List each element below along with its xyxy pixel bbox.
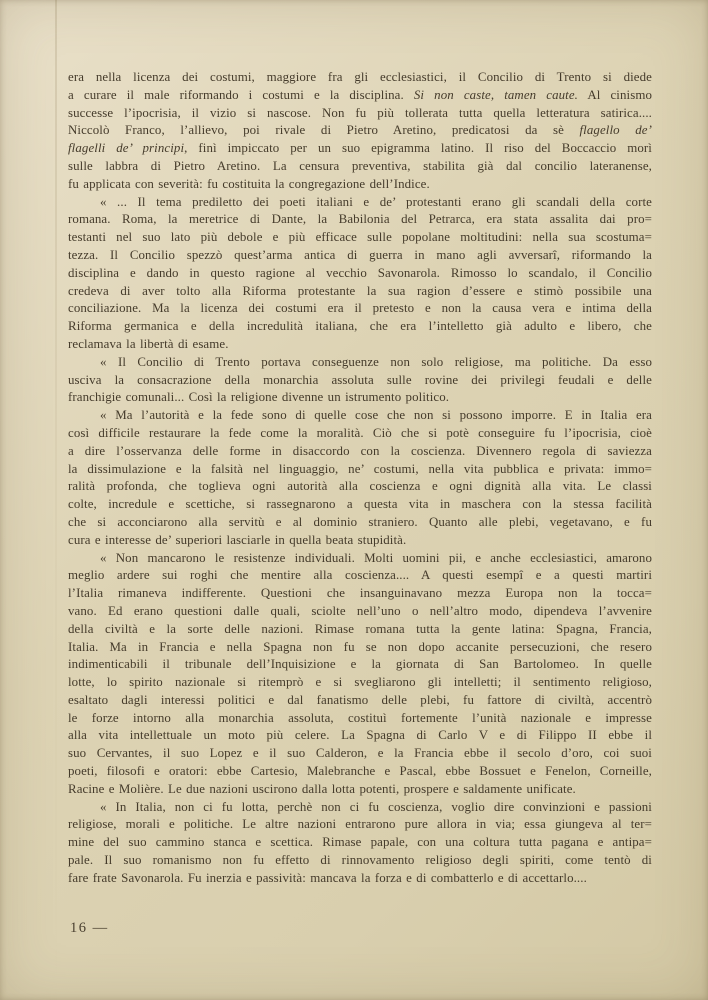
text-line: meglio ardere sui roghi che mentire alla… (68, 567, 652, 585)
text-line: usciva la consacrazione della monarchia … (68, 372, 652, 390)
text-line: l’Italia rimaneva indifferente. Question… (68, 585, 652, 603)
text-line: Racine e Molière. Le due nazioni usciron… (68, 781, 652, 799)
text-line: esaltato dagli interessi politici e dal … (68, 692, 652, 710)
text-line: flagelli de’ principi, finì impiccato pe… (68, 140, 652, 158)
text-line: Italia. Ma in Francia e nella Spagna non… (68, 639, 652, 657)
text-line: alla vita intellettuale un moto più cele… (68, 727, 652, 745)
page-text: era nella licenza dei costumi, maggiore … (68, 69, 652, 888)
text-line: era nella licenza dei costumi, maggiore … (68, 69, 652, 87)
text-line: franchigie comunali... Così la religione… (68, 389, 652, 407)
text-line: « Il Concilio di Trento portava consegue… (68, 354, 652, 372)
text-line: vano. Ed erano questioni dalle quali, sc… (68, 603, 652, 621)
text-line: colte, incredule e scettiche, si rassegn… (68, 496, 652, 514)
text-line: la dissimulazione e la falsità nel lingu… (68, 461, 652, 479)
text-line: disciplina e dando in questo ragione al … (68, 265, 652, 283)
text-line: credeva di aver tolto alla Riforma prote… (68, 283, 652, 301)
text-line: pale. Il suo romanismo non fu effetto di… (68, 852, 652, 870)
text-line: romana. Roma, la meretrice di Dante, la … (68, 211, 652, 229)
text-line: sulle labbra di Pietro Aretino. La censu… (68, 158, 652, 176)
text-line: fare frate Savonarola. Fu inerzia e pass… (68, 870, 652, 888)
text-line: reclamava la libertà di esame. (68, 336, 652, 354)
text-line: « Ma l’autorità e la fede sono di quelle… (68, 407, 652, 425)
paragraph: « ... Il tema prediletto dei poeti itali… (68, 194, 652, 354)
text-line: a curare il male riformando i costumi e … (68, 87, 652, 105)
paragraph: era nella licenza dei costumi, maggiore … (68, 69, 652, 194)
text-line: cura e interesse de’ superiori lasciarle… (68, 532, 652, 550)
text-line: tezza. Il Concilio spezzò quest’arma ant… (68, 247, 652, 265)
text-line: fu applicata con severità: fu costituita… (68, 176, 652, 194)
text-line: poeti, filosofi e oratori: ebbe Cartesio… (68, 763, 652, 781)
text-line: indimenticabili il tribunale dell’Inquis… (68, 656, 652, 674)
paragraph: « Non mancarono le resistenze individual… (68, 550, 652, 799)
text-line: così difficile restaurare la fede come l… (68, 425, 652, 443)
text-line: « In Italia, non ci fu lotta, perchè non… (68, 799, 652, 817)
text-line: conciliazione. Ma la licenza dei costumi… (68, 300, 652, 318)
paragraph: « Il Concilio di Trento portava consegue… (68, 354, 652, 407)
paragraph: « In Italia, non ci fu lotta, perchè non… (68, 799, 652, 888)
text-line: della civiltà e la sorte delle nazioni. … (68, 621, 652, 639)
text-line: Riforma germanica e della incredulità it… (68, 318, 652, 336)
text-line: le forze intorno alla monarchia assoluta… (68, 710, 652, 728)
text-line: « ... Il tema prediletto dei poeti itali… (68, 194, 652, 212)
book-page: era nella licenza dei costumi, maggiore … (0, 0, 708, 1000)
text-line: « Non mancarono le resistenze individual… (68, 550, 652, 568)
text-line: che si acconciarono alla servitù e al do… (68, 514, 652, 532)
text-line: lotte, lo spirito nazionale si ritemprò … (68, 674, 652, 692)
page-crease-shadow (55, 0, 57, 1000)
text-line: testanti nel suo lato più debole e più e… (68, 229, 652, 247)
page-number: 16 — (70, 920, 109, 937)
text-line: religiose, morali e politiche. Le altre … (68, 816, 652, 834)
text-line: suo Cervantes, il suo Lopez e il suo Cal… (68, 745, 652, 763)
text-line: Niccolò Franco, l’allievo, poi rivale di… (68, 122, 652, 140)
text-line: a dire l’osservanza delle forme in disac… (68, 443, 652, 461)
text-line: mine del suo cammino stanca e scettica. … (68, 834, 652, 852)
text-line: successe l’ipocrisia, il vizio si nascos… (68, 105, 652, 123)
paragraph: « Ma l’autorità e la fede sono di quelle… (68, 407, 652, 549)
text-line: ralità profonda, che toglieva ogni autor… (68, 478, 652, 496)
